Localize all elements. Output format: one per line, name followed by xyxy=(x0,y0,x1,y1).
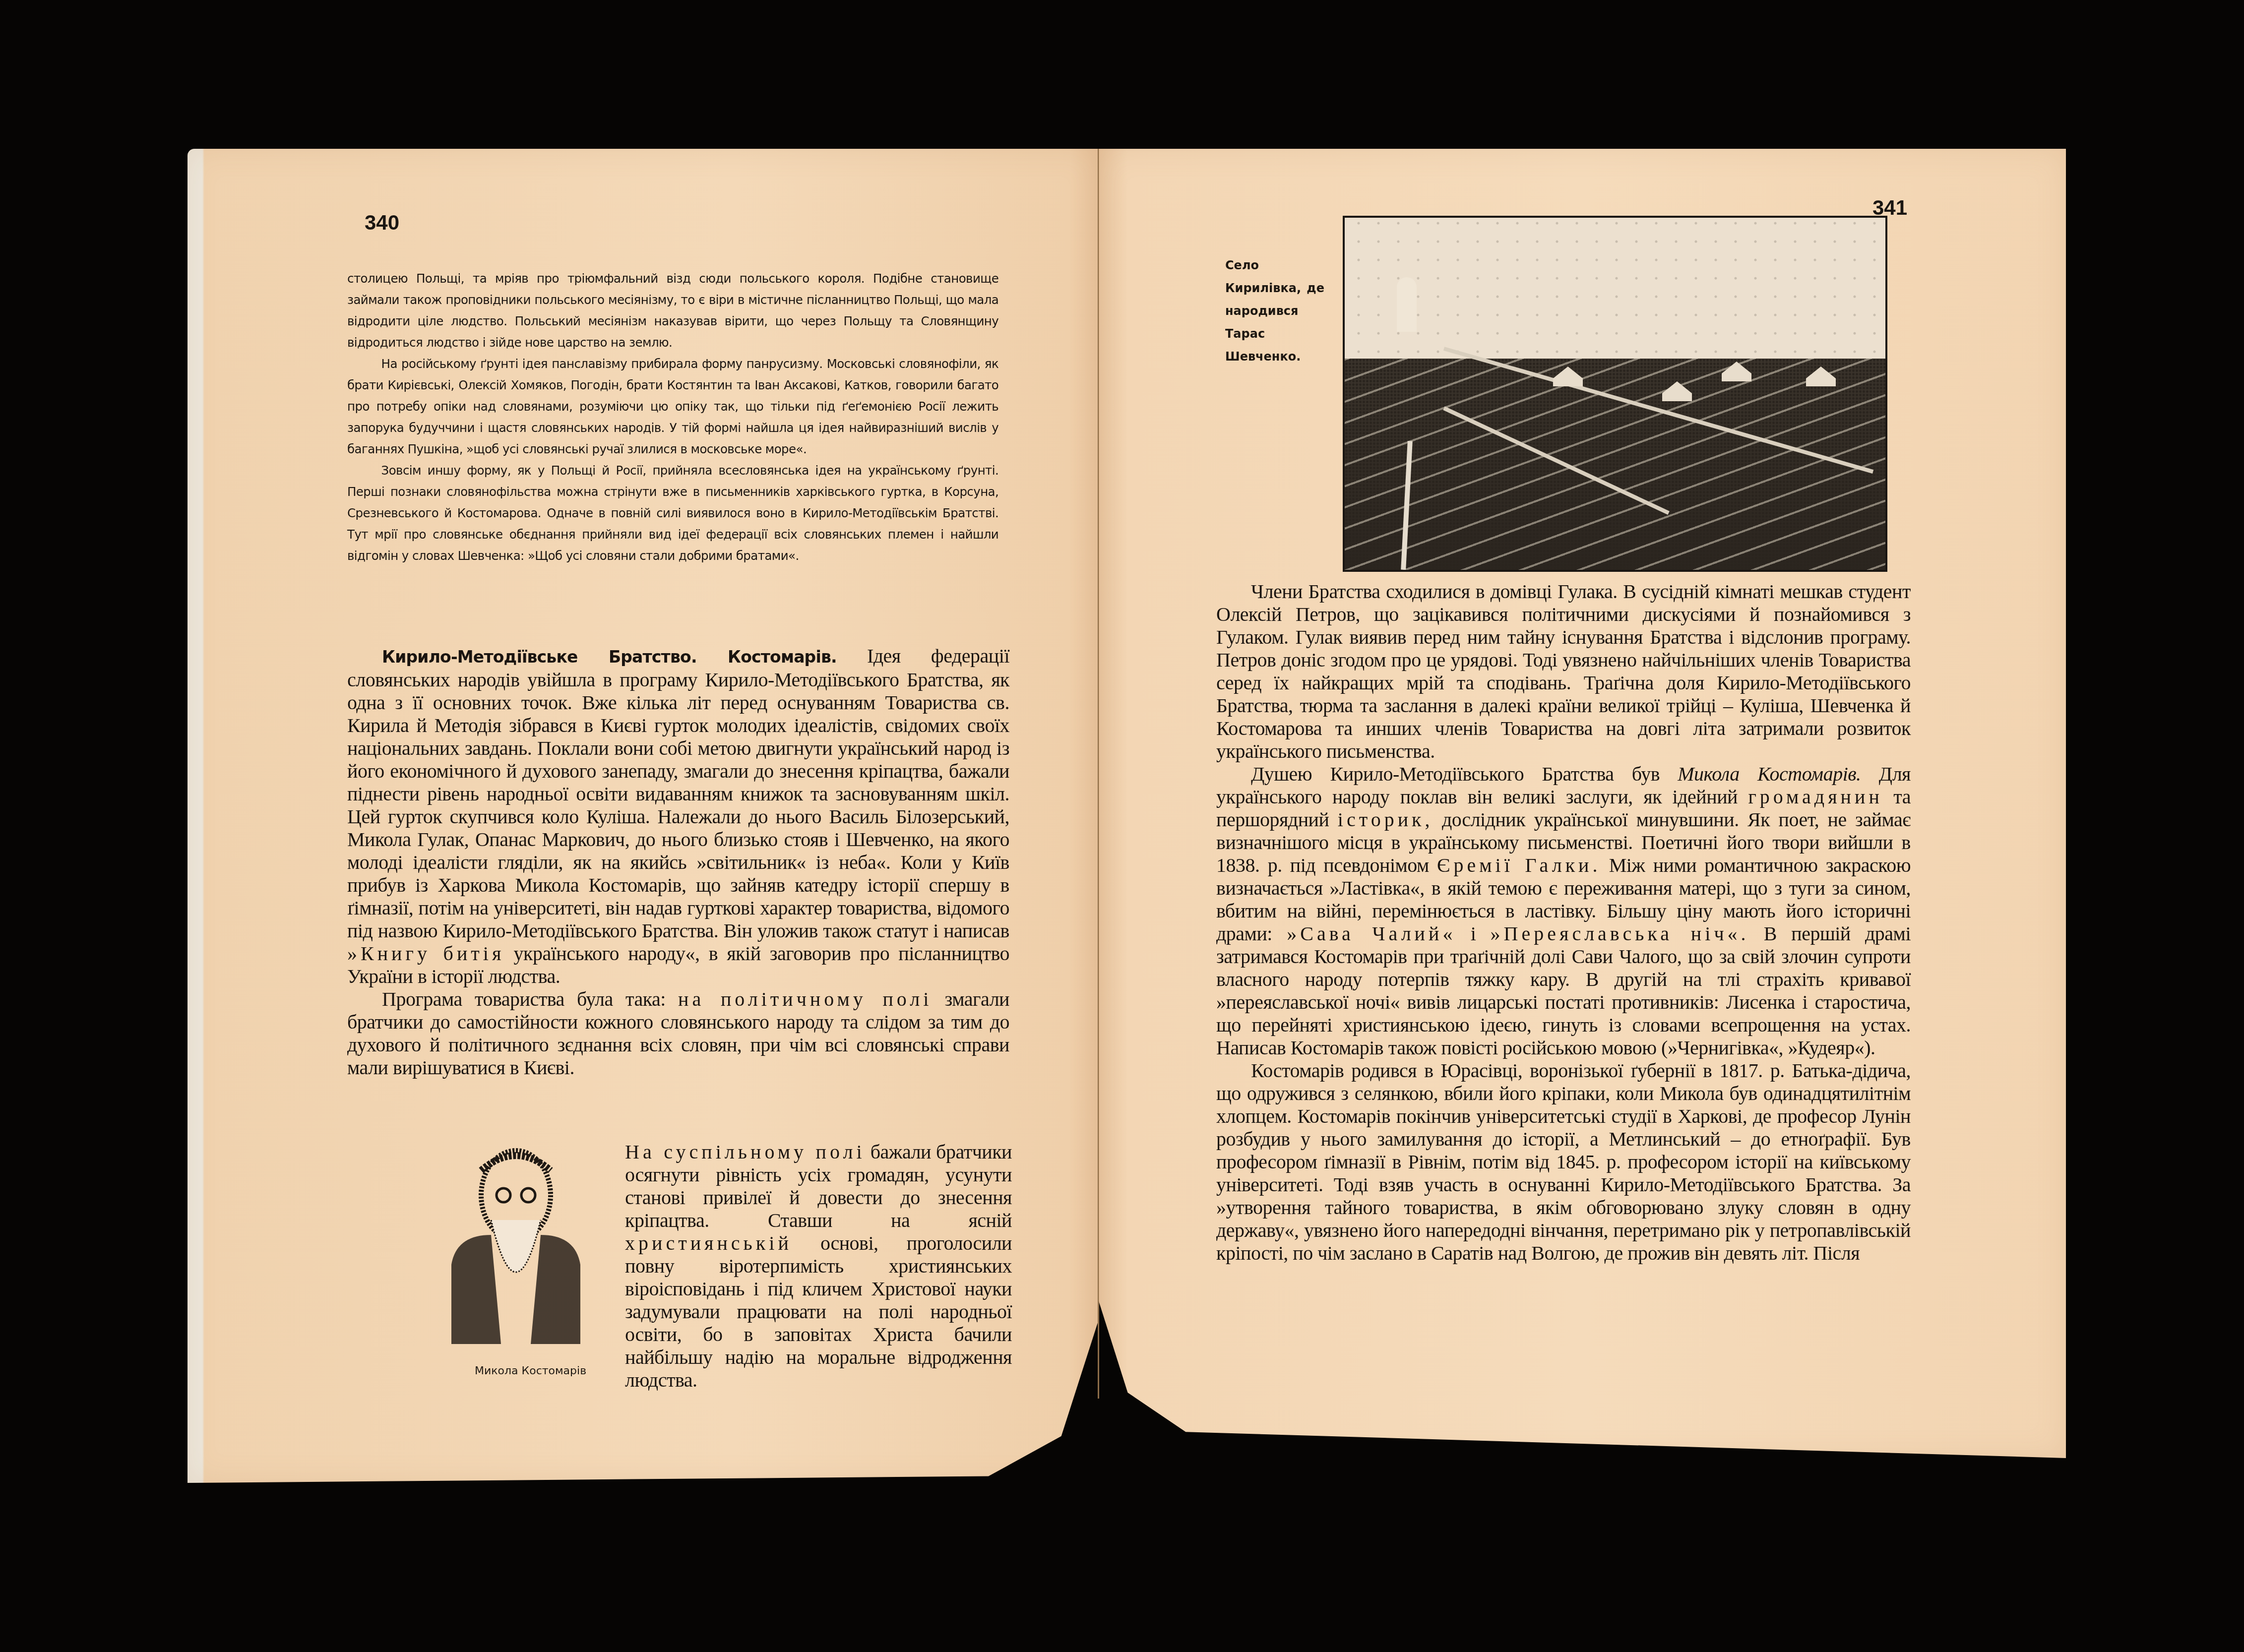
portrait-engraving-icon xyxy=(427,1136,605,1349)
emphasis: На суспільному полі xyxy=(625,1141,866,1163)
name-emphasis: Микола Костомарів. xyxy=(1678,763,1861,785)
program-text: основі, проголосили повну віротерпимість… xyxy=(625,1232,1012,1391)
paragraph: Програма товариства була така: на політи… xyxy=(347,988,1009,1079)
emphasis: Єремії Галки. xyxy=(1437,854,1601,876)
paragraph: Душею Кирило-Методіївського Братства був… xyxy=(1216,763,1911,1059)
text: Душею Кирило-Методіївського Братства був xyxy=(1251,763,1660,785)
photo-caption: Село Кирилівка, де народився Тарас Шевче… xyxy=(1225,254,1324,368)
book-title: »Книгу битія xyxy=(347,942,504,965)
emphasis: »Переяславська ніч«. xyxy=(1491,922,1749,945)
right-body-text: Члени Братства сходилися в домівці Гулак… xyxy=(1216,580,1911,1265)
emphasis: »Сава Чалий« xyxy=(1287,922,1456,945)
book-gutter xyxy=(1098,149,1099,1399)
emphasis: громадянин xyxy=(1748,786,1882,808)
paragraph: На російському ґрунті ідея панславізму п… xyxy=(347,353,998,460)
book-spread: 340 столицею Польщі, та мріяв про тріюмф… xyxy=(0,0,2244,1652)
left-program-continued: На суспільному полі бажали братчики осяг… xyxy=(625,1141,1012,1392)
program-lead: Програма товариства була така: xyxy=(382,988,666,1010)
portrait-caption: Микола Костомарів xyxy=(475,1365,586,1377)
emphasis: на політичному полі xyxy=(678,988,932,1010)
left-section-text: Кирило-Методіївське Братство. Костомарів… xyxy=(347,645,1009,1079)
paragraph: На суспільному полі бажали братчики осяг… xyxy=(625,1141,1012,1392)
paragraph: столицею Польщі, та мріяв про тріюмфальн… xyxy=(347,268,998,353)
paragraph: Зовсім иншу форму, як у Польщі й Росії, … xyxy=(347,460,998,566)
paragraph: Костомарів родився в Юрасівці, воронізьк… xyxy=(1216,1059,1911,1265)
paragraph: Кирило-Методіївське Братство. Костомарів… xyxy=(347,645,1009,988)
section-heading: Кирило-Методіївське Братство. Костомарів… xyxy=(382,647,837,667)
section-text: Ідея федерації словянських народів увійш… xyxy=(347,645,1009,942)
left-intro-text: столицею Польщі, та мріяв про тріюмфальн… xyxy=(347,268,998,566)
emphasis: християнській xyxy=(625,1232,792,1254)
page-number-left: 340 xyxy=(365,211,399,235)
text: і xyxy=(1471,922,1476,945)
emphasis: історик, xyxy=(1338,808,1434,831)
paragraph: Члени Братства сходилися в домівці Гулак… xyxy=(1216,580,1911,763)
village-photograph-icon xyxy=(1343,216,1887,572)
